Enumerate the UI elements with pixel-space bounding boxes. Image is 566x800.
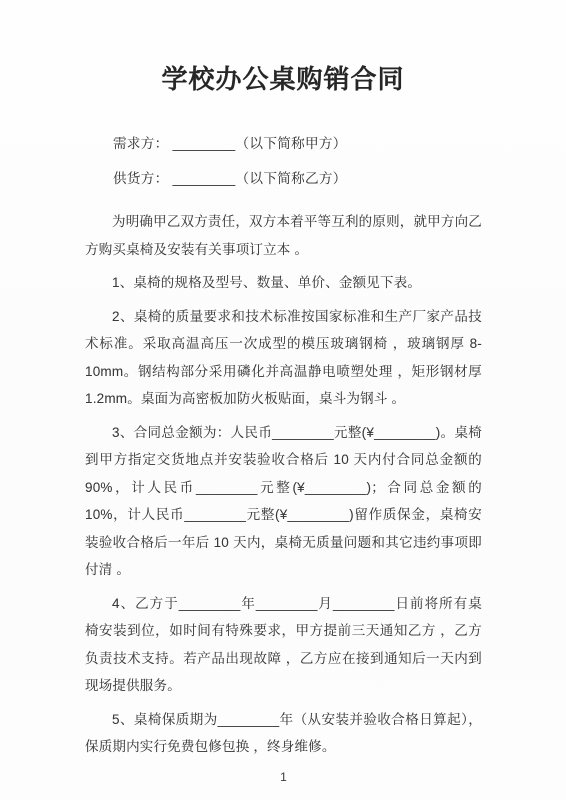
clause-5-warranty: 5、桌椅保质期为________年（从安装并验收合格日算起），保质期内实行免费包…: [85, 706, 482, 761]
clause-3-total-amount: 3、合同总金额为：人民币________元整(¥________)。桌椅到甲方指…: [85, 419, 482, 584]
clause-1-specs: 1、桌椅的规格及型号、数量、单价、金额见下表。: [85, 269, 482, 297]
clause-4-delivery-installation: 4、乙方于________年________月________日前将所有桌椅安装…: [85, 590, 482, 700]
clause-2-quality-standards: 2、桌椅的质量要求和技术标准按国家标准和生产厂家产品技术标准。采取高温高压一次成…: [85, 303, 482, 413]
document-title: 学校办公桌购销合同: [0, 60, 566, 98]
party-supply-line: 供货方： ________（以下简称乙方）: [85, 169, 482, 189]
contract-page: 学校办公桌购销合同 需求方： ________（以下简称甲方） 供货方： ___…: [0, 0, 566, 800]
intro-paragraph: 为明确甲乙双方责任，双方本着平等互利的原则，就甲方向乙方购买桌椅及安装有关事项订…: [85, 208, 482, 263]
party-demand-line: 需求方： ________（以下简称甲方）: [85, 134, 482, 154]
page-number: 1: [85, 769, 482, 785]
contract-body: 需求方： ________（以下简称甲方） 供货方： ________（以下简称…: [0, 134, 566, 785]
